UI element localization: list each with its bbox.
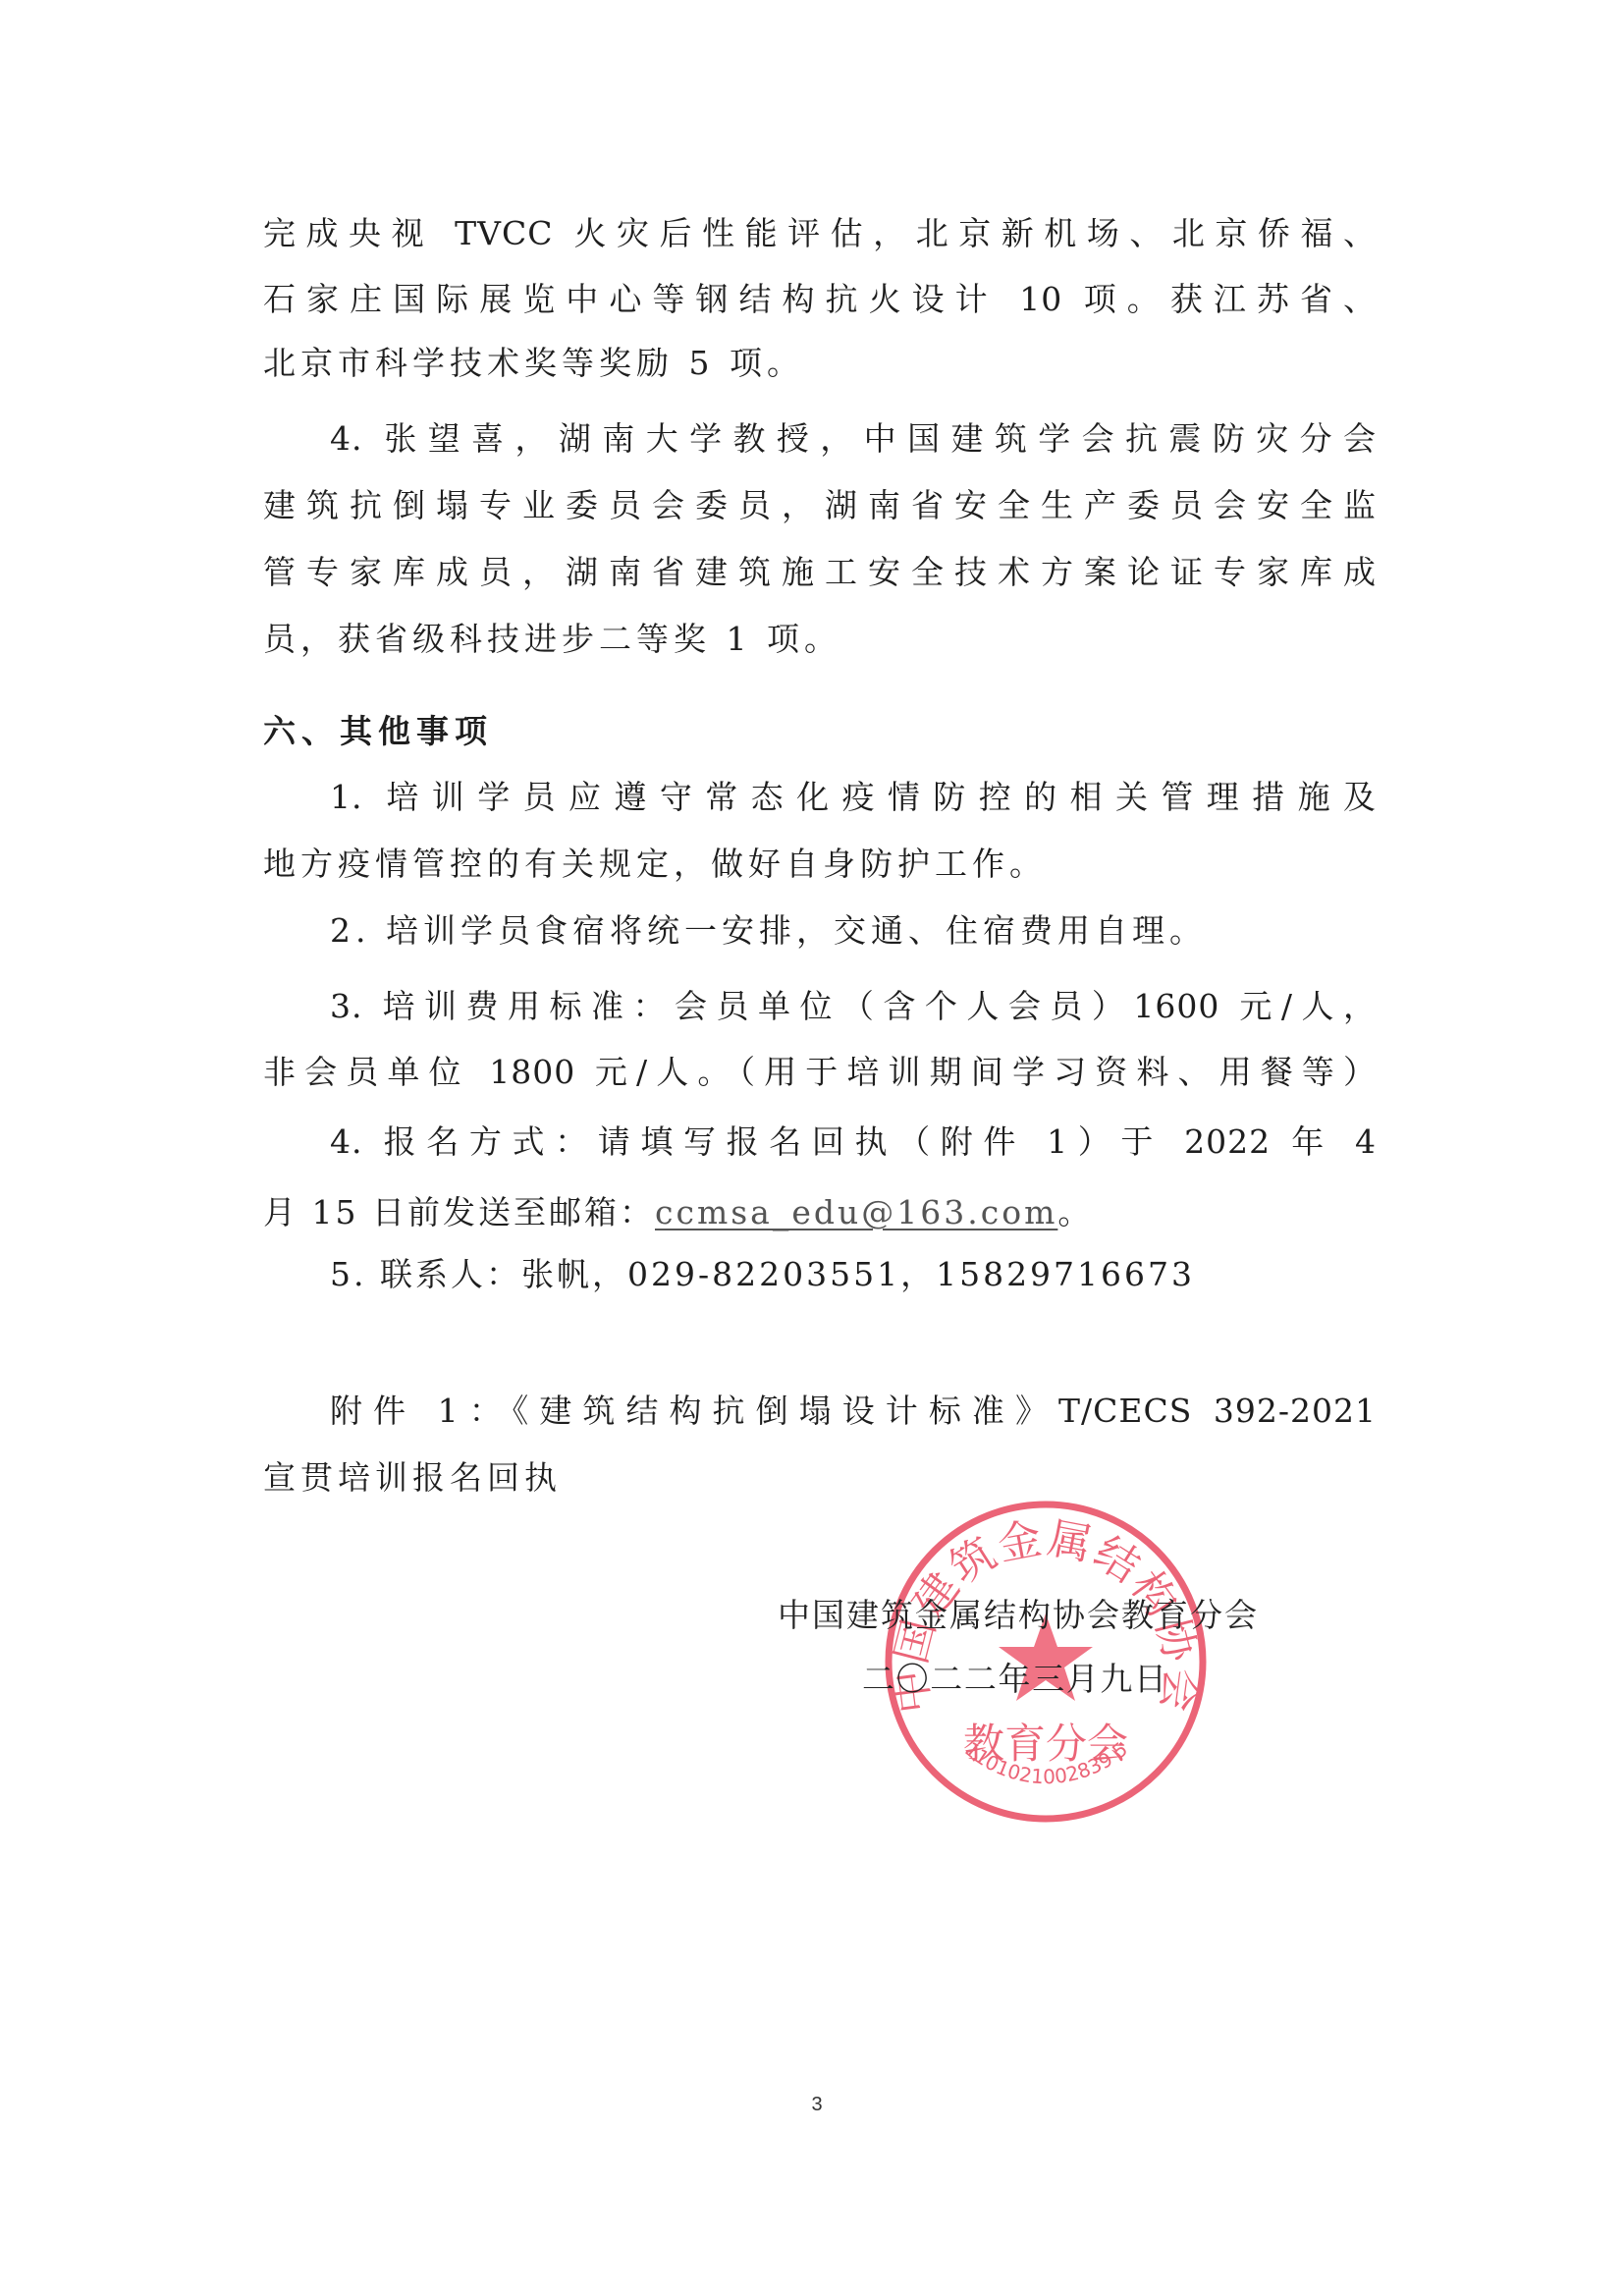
- list-item-line: 1. 培训学员应遵守常态化疫情防控的相关管理措施及: [330, 773, 1377, 822]
- section-heading: 六、其他事项: [263, 707, 1377, 756]
- page-number: 3: [797, 2087, 837, 2122]
- list-item-line: 4. 报名方式：请填写报名回执（附件 1）于 2022 年 4: [330, 1118, 1377, 1167]
- signature-date: 二〇二二年三月九日: [862, 1655, 1166, 1704]
- paragraph-line: 管专家库成员，湖南省建筑施工安全技术方案论证专家库成: [263, 548, 1377, 597]
- paragraph-line: 北京市科学技术奖等奖励 5 项。: [263, 339, 1377, 388]
- list-item-line: 3. 培训费用标准：会员单位（含个人会员）1600 元/人，: [330, 982, 1377, 1031]
- email-link[interactable]: ccmsa_edu@163.com: [655, 1193, 1057, 1231]
- paragraph-line: 4. 张望喜，湖南大学教授，中国建筑学会抗震防灾分会: [330, 414, 1377, 464]
- paragraph-line: 石家庄国际展览中心等钢结构抗火设计 10 项。获江苏省、: [263, 275, 1377, 324]
- period: 。: [1057, 1193, 1093, 1231]
- email-label: 月 15 日前发送至邮箱：: [263, 1193, 655, 1231]
- list-item-line: 非会员单位 1800 元/人。（用于培训期间学习资料、用餐等）: [263, 1048, 1377, 1097]
- paragraph-line: 员，获省级科技进步二等奖 1 项。: [263, 615, 1377, 664]
- signature-organization: 中国建筑金属结构协会教育分会: [778, 1591, 1257, 1640]
- paragraph-line: 建筑抗倒塌专业委员会委员，湖南省安全生产委员会安全监: [263, 481, 1377, 530]
- attachment-line: 附件 1：《建筑结构抗倒塌设计标准》T/CECS 392-2021: [330, 1387, 1377, 1436]
- attachment-line: 宣贯培训报名回执: [263, 1453, 1377, 1503]
- document-page: 完成央视 TVCC 火灾后性能评估，北京新机场、北京侨福、 石家庄国际展览中心等…: [0, 0, 1624, 2296]
- list-item-line: 月 15 日前发送至邮箱：ccmsa_edu@163.com。: [263, 1188, 1377, 1237]
- list-item-line: 地方疫情管控的有关规定，做好自身防护工作。: [263, 840, 1377, 889]
- list-item-line: 2. 培训学员食宿将统一安排，交通、住宿费用自理。: [330, 906, 1377, 956]
- paragraph-line: 完成央视 TVCC 火灾后性能评估，北京新机场、北京侨福、: [263, 209, 1377, 258]
- contact-line: 5. 联系人：张帆，029-82203551，15829716673: [330, 1250, 1377, 1299]
